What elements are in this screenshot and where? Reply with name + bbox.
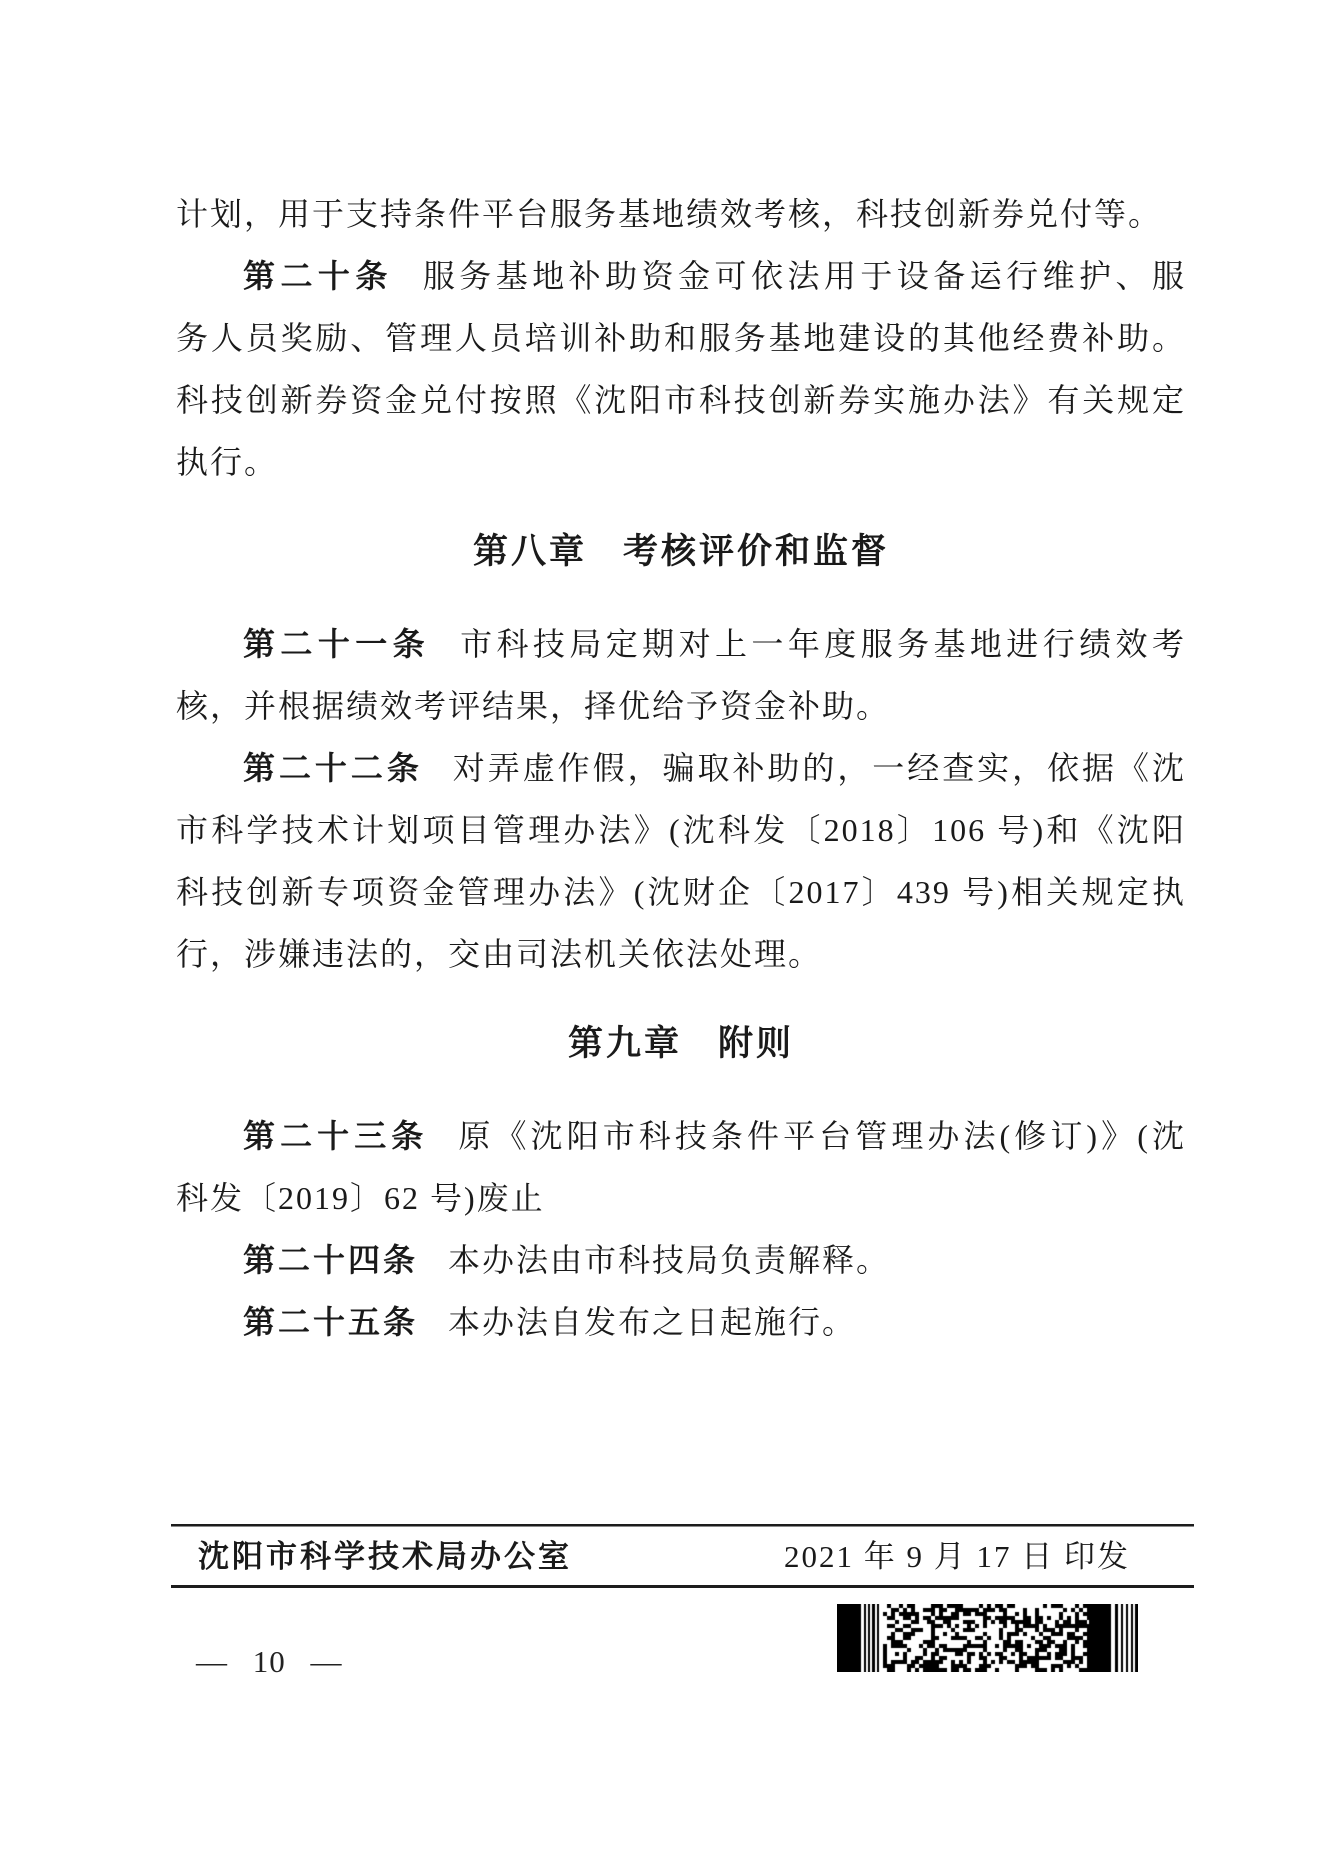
body-line: 科技创新专项资金管理办法》(沈财企〔2017〕439 号)相关规定执 <box>176 861 1186 923</box>
footer-bottom-rule <box>171 1585 1194 1588</box>
chapter-9-title: 附则 <box>718 1024 794 1063</box>
chapter-8-number: 第八章 <box>473 532 587 571</box>
body-line: 核，并根据绩效考评结果，择优给予资金补助。 <box>176 675 1186 737</box>
chapter-9-number: 第九章 <box>568 1024 682 1063</box>
body-line: 第二十四条本办法由市科技局负责解释。 <box>176 1229 1186 1291</box>
body-line: 第二十条服务基地补助资金可依法用于设备运行维护、服 <box>176 245 1186 307</box>
body-line: 科技创新券资金兑付按照《沈阳市科技创新券实施办法》有关规定 <box>176 369 1186 431</box>
article-24-label: 第二十四条 <box>243 1242 418 1278</box>
article-21-label: 第二十一条 <box>243 626 430 662</box>
footer-top-rule <box>171 1524 1194 1527</box>
body-line: 第二十三条原《沈阳市科技条件平台管理办法(修订)》(沈 <box>176 1105 1186 1167</box>
chapter-9-heading: 第九章附则 <box>176 1013 1186 1075</box>
article-21-text: 市科技局定期对上一年度服务基地进行绩效考 <box>460 626 1186 662</box>
article-22-label: 第二十二条 <box>243 750 423 786</box>
body-line: 第二十二条对弄虚作假，骗取补助的，一经查实，依据《沈阳 <box>176 737 1186 799</box>
issuing-office-label: 沈阳市科学技术局办公室 <box>198 1536 572 1578</box>
article-23-label: 第二十三条 <box>243 1118 428 1154</box>
page-number: — 10 — <box>196 1644 343 1680</box>
body-line: 第二十一条市科技局定期对上一年度服务基地进行绩效考 <box>176 613 1186 675</box>
body-line: 科发〔2019〕62 号)废止 <box>176 1167 1186 1229</box>
article-20-label: 第二十条 <box>243 258 393 294</box>
chapter-8-heading: 第八章考核评价和监督 <box>176 521 1186 583</box>
body-line: 计划，用于支持条件平台服务基地绩效考核，科技创新券兑付等。 <box>176 183 1186 245</box>
article-23-text: 原《沈阳市科技条件平台管理办法(修订)》(沈 <box>458 1118 1186 1154</box>
article-24-text: 本办法由市科技局负责解释。 <box>448 1242 890 1278</box>
body-line: 行，涉嫌违法的，交由司法机关依法处理。 <box>176 923 1186 985</box>
body-line: 执行。 <box>176 431 1186 493</box>
body-line: 市科学技术计划项目管理办法》(沈科发〔2018〕106 号)和《沈阳市 <box>176 799 1186 861</box>
document-page: 计划，用于支持条件平台服务基地绩效考核，科技创新券兑付等。 第二十条服务基地补助… <box>0 0 1323 1871</box>
barcode-image <box>837 1604 1138 1672</box>
article-25-label: 第二十五条 <box>243 1304 418 1340</box>
body-line: 务人员奖励、管理人员培训补助和服务基地建设的其他经费补助。 <box>176 307 1186 369</box>
article-20-text: 服务基地补助资金可依法用于设备运行维护、服 <box>423 258 1186 294</box>
footer: 沈阳市科学技术局办公室 2021 年 9 月 17 日 印发 <box>176 1536 1186 1578</box>
body-line: 第二十五条本办法自发布之日起施行。 <box>176 1291 1186 1353</box>
document-body: 计划，用于支持条件平台服务基地绩效考核，科技创新券兑付等。 第二十条服务基地补助… <box>176 183 1186 1353</box>
chapter-8-title: 考核评价和监督 <box>623 532 889 571</box>
article-25-text: 本办法自发布之日起施行。 <box>448 1304 856 1340</box>
print-date-label: 2021 年 9 月 17 日 印发 <box>784 1536 1130 1578</box>
